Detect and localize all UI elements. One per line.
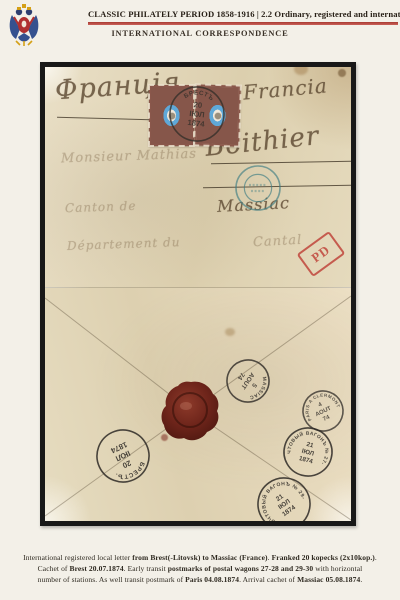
caption-line: International registered local letter fr… [8,552,392,563]
handwriting-country-latin: Francia [242,73,329,104]
brest-front-postmark: БРЕСТЪ20ІЮЛ1874 [164,81,230,147]
caption-segment: from Brest(-Litovsk) to Massiac (France) [132,553,267,562]
exhibit-frame: Франція Francia Monsieur Mathias Boithie… [40,62,356,526]
handwriting-canton-line: Canton de [65,199,137,215]
pd-handstamp: PD [297,231,346,277]
caption-segment: . Early transit [124,564,168,573]
caption-segment: postmarks of postal wagons 27-28 and 29-… [168,564,313,573]
page-header: CLASSIC PHILATELY PERIOD 1858-1916 | 2.2… [0,0,400,56]
caption-segment: . [375,553,377,562]
imperial-double-eagle-icon [7,3,41,47]
handwriting-dept-line: Département du [67,235,181,253]
massiac-arrival-postmark: MASSIAC5AOUT74 [221,354,275,408]
exhibit-caption: International registered local letter fr… [8,552,392,585]
brest-back-postmark: БРЕСТЪ.20ІЮЛ1874 [91,424,155,488]
caption-segment: . [360,575,362,584]
handwriting-dept-name: Cantal [253,233,303,251]
title-underline [88,22,398,25]
stain-spot [294,67,308,75]
stain-spot [338,69,346,77]
caption-segment: Cachet of [38,564,70,573]
caption-segment: Massiac 05.08.1874 [297,575,360,584]
french-entry-blue-cachet [230,160,286,216]
caption-segment: Paris 04.08.1874 [185,575,239,584]
caption-segment: . Arrival cachet of [239,575,297,584]
handwriting-addressee-line: Monsieur Mathias [61,147,197,167]
caption-segment: Franked 20 kopecks (2x10kop.) [272,553,375,562]
caption-line: number of stations. As well transit post… [8,574,392,585]
page-subtitle: INTERNATIONAL CORRESPONDENCE [0,29,400,38]
caption-segment: International registered local letter [23,553,132,562]
caption-line: Cachet of Brest 20.07.1874. Early transi… [8,563,392,574]
caption-segment: Brest 20.07.1874 [70,564,124,573]
cover-photo: Франція Francia Monsieur Mathias Boithie… [45,67,351,521]
postmark-date-line: 4 [318,402,324,409]
page-title: CLASSIC PHILATELY PERIOD 1858-1916 | 2.2… [88,9,398,20]
caption-segment: number of stations. As well transit post… [38,575,186,584]
postal-wagon-29-30-postmark: ПОЧТОВЫЙ ВАГОНЪ № 29-3021ІЮЛ1874 [252,472,316,521]
red-wax-seal [159,378,223,444]
caption-segment: with horizontal [313,564,362,573]
postmark-date-line: 1874 [187,118,206,129]
